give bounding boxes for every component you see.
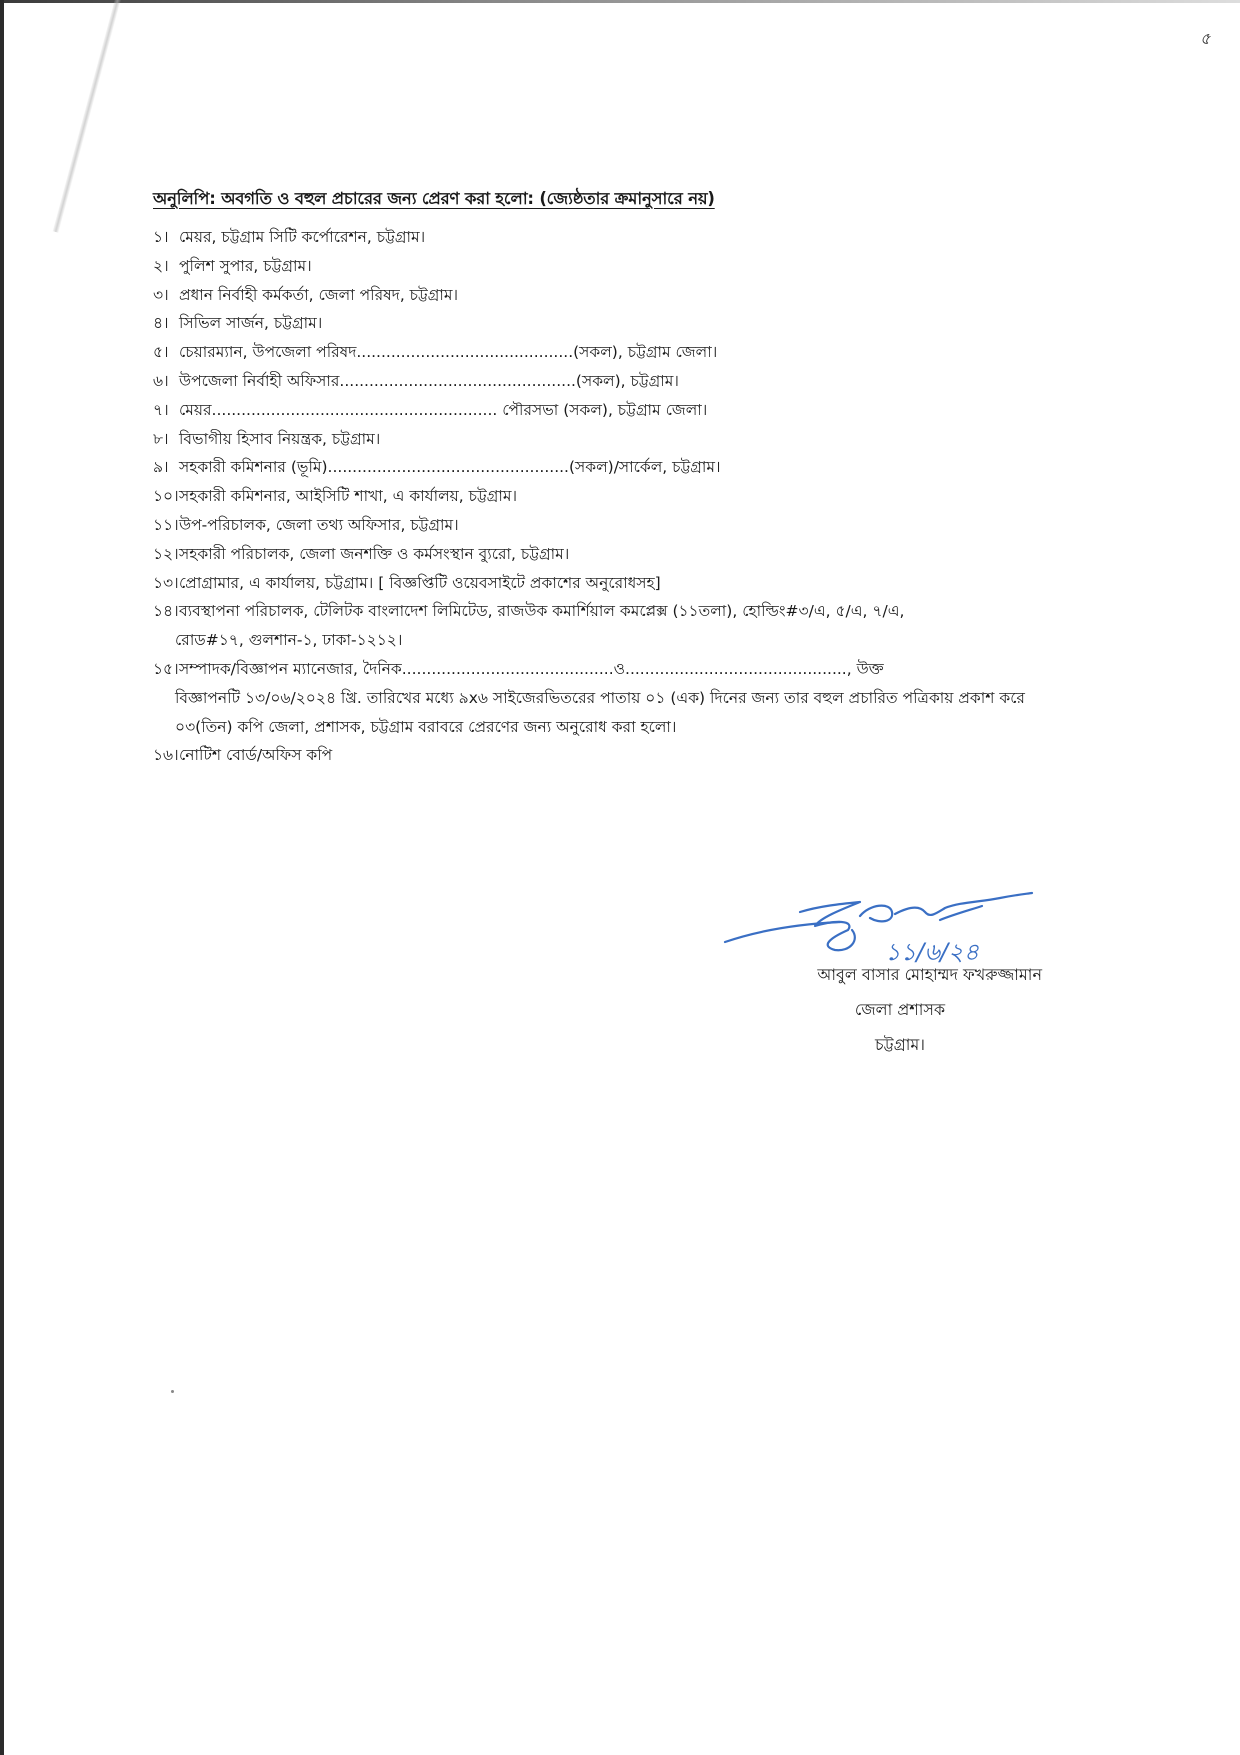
distribution-item: ৬।উপজেলা নির্বাহী অফিসার................… xyxy=(153,367,1073,396)
page-number: ৫ xyxy=(1200,26,1210,53)
item-number: ১৩। xyxy=(153,569,179,598)
item-text: মেয়র, চট্টগ্রাম সিটি কর্পোরেশন, চট্টগ্র… xyxy=(179,223,425,252)
item-text-main: সহকারী পরিচালক, জেলা জনশক্তি ও কর্মসংস্থ… xyxy=(179,545,569,563)
item-text-main: সহকারী কমিশনার, আইসিটি শাখা, এ কার্যালয়… xyxy=(179,487,517,505)
distribution-item: ১৫।সম্পাদক/বিজ্ঞাপন ম্যানেজার, দৈনিক....… xyxy=(153,655,1073,684)
item-text-main: উপ-পরিচালক, জেলা তথ্য অফিসার, চট্টগ্রাম। xyxy=(179,516,459,534)
item-text: বিভাগীয় হিসাব নিয়ন্ত্রক, চট্টগ্রাম। xyxy=(179,425,380,454)
scan-edge-top xyxy=(0,0,1240,3)
item-text-main: সহকারী কমিশনার (ভূমি)...................… xyxy=(179,458,721,476)
item-number: ১১। xyxy=(153,511,179,540)
distribution-item: ৮।বিভাগীয় হিসাব নিয়ন্ত্রক, চট্টগ্রাম। xyxy=(153,425,1073,454)
scan-edge-left xyxy=(0,0,4,1755)
item-text-continuation: বিজ্ঞাপনটি ১৩/০৬/২০২৪ খ্রি. তারিখের মধ্য… xyxy=(175,684,1073,742)
item-text: প্রোগ্রামার, এ কার্যালয়, চট্টগ্রাম। [ ব… xyxy=(179,569,661,598)
handwritten-signature-icon: ১১/৬/২৪ xyxy=(720,890,1040,970)
item-number: ২। xyxy=(153,252,179,281)
item-number: ১৬। xyxy=(153,741,179,770)
item-text-main: চেয়ারম্যান, উপজেলা পরিষদ...............… xyxy=(179,343,717,361)
item-number: ১২। xyxy=(153,540,179,569)
item-text: সহকারী পরিচালক, জেলা জনশক্তি ও কর্মসংস্থ… xyxy=(179,540,569,569)
item-text-main: ব্যবস্থাপনা পরিচালক, টেলিটক বাংলাদেশ লিম… xyxy=(179,602,904,620)
signer-name: আবুল বাসার মোহাম্মদ ফখরুজ্জামান xyxy=(720,962,1080,989)
item-text: প্রধান নির্বাহী কর্মকর্তা, জেলা পরিষদ, চ… xyxy=(179,281,458,310)
item-text-main: প্রধান নির্বাহী কর্মকর্তা, জেলা পরিষদ, চ… xyxy=(179,286,458,304)
item-number: ১৪। xyxy=(153,597,179,626)
item-number: ৩। xyxy=(153,281,179,310)
distribution-item: ১০।সহকারী কমিশনার, আইসিটি শাখা, এ কার্যা… xyxy=(153,482,1073,511)
item-text: সিভিল সার্জন, চট্টগ্রাম। xyxy=(179,309,322,338)
item-text: পুলিশ সুপার, চট্টগ্রাম। xyxy=(179,252,312,281)
item-text-main: মেয়র, চট্টগ্রাম সিটি কর্পোরেশন, চট্টগ্র… xyxy=(179,228,425,246)
item-text-main: সম্পাদক/বিজ্ঞাপন ম্যানেজার, দৈনিক.......… xyxy=(179,660,884,678)
distribution-item: ১৩।প্রোগ্রামার, এ কার্যালয়, চট্টগ্রাম। … xyxy=(153,569,1073,598)
distribution-item-continuation: রোড#১৭, গুলশান-১, ঢাকা-১২১২। xyxy=(153,626,1073,655)
distribution-item: ৩।প্রধান নির্বাহী কর্মকর্তা, জেলা পরিষদ,… xyxy=(153,281,1073,310)
distribution-item: ১৬।নোটিশ বোর্ড/অফিস কপি xyxy=(153,741,1073,770)
item-text: নোটিশ বোর্ড/অফিস কপি xyxy=(179,741,332,770)
item-text-main: বিভাগীয় হিসাব নিয়ন্ত্রক, চট্টগ্রাম। xyxy=(179,430,380,448)
item-number: ৭। xyxy=(153,396,179,425)
distribution-item: ২।পুলিশ সুপার, চট্টগ্রাম। xyxy=(153,252,1073,281)
item-text: সম্পাদক/বিজ্ঞাপন ম্যানেজার, দৈনিক.......… xyxy=(179,655,884,684)
distribution-item: ৯।সহকারী কমিশনার (ভূমি).................… xyxy=(153,453,1073,482)
distribution-item: ১২।সহকারী পরিচালক, জেলা জনশক্তি ও কর্মসং… xyxy=(153,540,1073,569)
item-text-main: মেয়র...................................… xyxy=(179,401,707,419)
distribution-heading: অনুলিপি: অবগতি ও বহুল প্রচারের জন্য প্রে… xyxy=(153,186,1073,213)
scan-speck xyxy=(171,1390,174,1393)
item-text-continuation: রোড#১৭, গুলশান-১, ঢাকা-১২১২। xyxy=(175,626,402,655)
item-text-main: নোটিশ বোর্ড/অফিস কপি xyxy=(179,746,332,764)
distribution-item: ৪।সিভিল সার্জন, চট্টগ্রাম। xyxy=(153,309,1073,338)
signature-block: ১১/৬/২৪ আবুল বাসার মোহাম্মদ ফখরুজ্জামান … xyxy=(720,890,1080,1059)
item-number: ১০। xyxy=(153,482,179,511)
item-number: ৮। xyxy=(153,425,179,454)
item-text: উপজেলা নির্বাহী অফিসার..................… xyxy=(179,367,679,396)
item-number: ১। xyxy=(153,223,179,252)
item-text-main: উপজেলা নির্বাহী অফিসার..................… xyxy=(179,372,679,390)
distribution-item: ৫।চেয়ারম্যান, উপজেলা পরিষদ.............… xyxy=(153,338,1073,367)
item-number: ৬। xyxy=(153,367,179,396)
distribution-list: ১।মেয়র, চট্টগ্রাম সিটি কর্পোরেশন, চট্টগ… xyxy=(153,223,1073,770)
item-number: ৯। xyxy=(153,453,179,482)
paper-crease xyxy=(53,0,126,233)
item-number: ৪। xyxy=(153,309,179,338)
item-text: সহকারী কমিশনার (ভূমি)...................… xyxy=(179,453,721,482)
distribution-item: ১৪।ব্যবস্থাপনা পরিচালক, টেলিটক বাংলাদেশ … xyxy=(153,597,1073,626)
distribution-item: ৭।মেয়র.................................… xyxy=(153,396,1073,425)
distribution-item-continuation: বিজ্ঞাপনটি ১৩/০৬/২০২৪ খ্রি. তারিখের মধ্য… xyxy=(153,684,1073,742)
item-text: মেয়র...................................… xyxy=(179,396,707,425)
item-number: ৫। xyxy=(153,338,179,367)
item-text: চেয়ারম্যান, উপজেলা পরিষদ...............… xyxy=(179,338,717,367)
signer-title: জেলা প্রশাসক xyxy=(720,997,1080,1024)
item-text-main: পুলিশ সুপার, চট্টগ্রাম। xyxy=(179,257,312,275)
item-text: উপ-পরিচালক, জেলা তথ্য অফিসার, চট্টগ্রাম। xyxy=(179,511,459,540)
item-text-main: প্রোগ্রামার, এ কার্যালয়, চট্টগ্রাম। [ ব… xyxy=(179,574,661,592)
distribution-item: ১১।উপ-পরিচালক, জেলা তথ্য অফিসার, চট্টগ্র… xyxy=(153,511,1073,540)
item-text-main: সিভিল সার্জন, চট্টগ্রাম। xyxy=(179,314,322,332)
item-text: ব্যবস্থাপনা পরিচালক, টেলিটক বাংলাদেশ লিম… xyxy=(179,597,904,626)
distribution-section: অনুলিপি: অবগতি ও বহুল প্রচারের জন্য প্রে… xyxy=(153,186,1073,770)
distribution-item: ১।মেয়র, চট্টগ্রাম সিটি কর্পোরেশন, চট্টগ… xyxy=(153,223,1073,252)
item-number: ১৫। xyxy=(153,655,179,684)
signer-place: চট্টগ্রাম। xyxy=(720,1032,1080,1059)
item-text: সহকারী কমিশনার, আইসিটি শাখা, এ কার্যালয়… xyxy=(179,482,517,511)
